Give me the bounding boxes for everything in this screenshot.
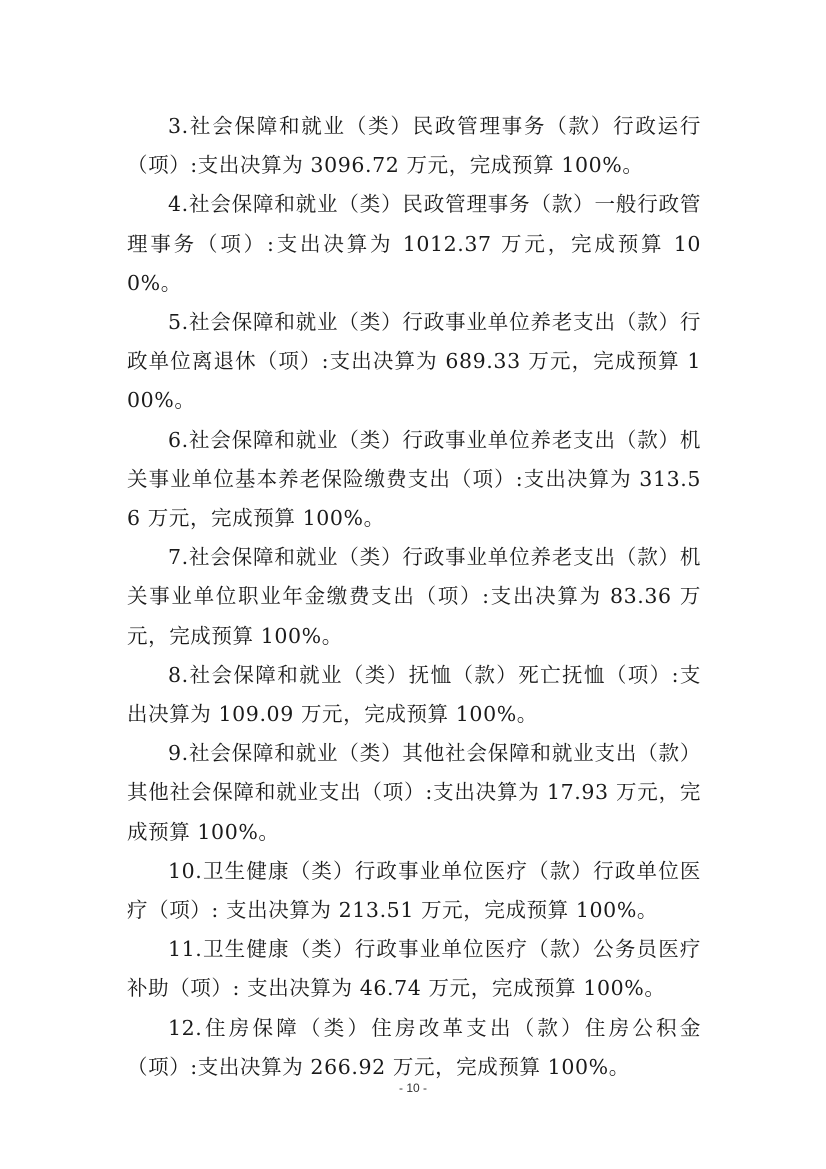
paragraph-item-11: 11.卫生健康（类）行政事业单位医疗（款）公务员医疗补助（项）: 支出决算为 4… [127, 930, 701, 1008]
paragraph-item-6: 6.社会保障和就业（类）行政事业单位养老支出（款）机关事业单位基本养老保险缴费支… [127, 421, 701, 539]
page-number: - 10 - [0, 1081, 826, 1095]
paragraph-item-9: 9.社会保障和就业（类）其他社会保障和就业支出（款）其他社会保障和就业支出（项）… [127, 734, 701, 852]
paragraph-item-4: 4.社会保障和就业（类）民政管理事务（款）一般行政管理事务（项）:支出决算为 1… [127, 185, 701, 303]
paragraph-item-8: 8.社会保障和就业（类）抚恤（款）死亡抚恤（项）:支出决算为 109.09 万元… [127, 656, 701, 734]
paragraph-item-10: 10.卫生健康（类）行政事业单位医疗（款）行政单位医疗（项）: 支出决算为 21… [127, 852, 701, 930]
paragraph-item-5: 5.社会保障和就业（类）行政事业单位养老支出（款）行政单位离退休（项）:支出决算… [127, 303, 701, 421]
document-body: 3.社会保障和就业（类）民政管理事务（款）行政运行（项）:支出决算为 3096.… [127, 107, 701, 1087]
paragraph-item-12: 12.住房保障（类）住房改革支出（款）住房公积金（项）:支出决算为 266.92… [127, 1009, 701, 1087]
document-page: 3.社会保障和就业（类）民政管理事务（款）行政运行（项）:支出决算为 3096.… [0, 0, 826, 1169]
paragraph-item-3: 3.社会保障和就业（类）民政管理事务（款）行政运行（项）:支出决算为 3096.… [127, 107, 701, 185]
paragraph-item-7: 7.社会保障和就业（类）行政事业单位养老支出（款）机关事业单位职业年金缴费支出（… [127, 538, 701, 656]
